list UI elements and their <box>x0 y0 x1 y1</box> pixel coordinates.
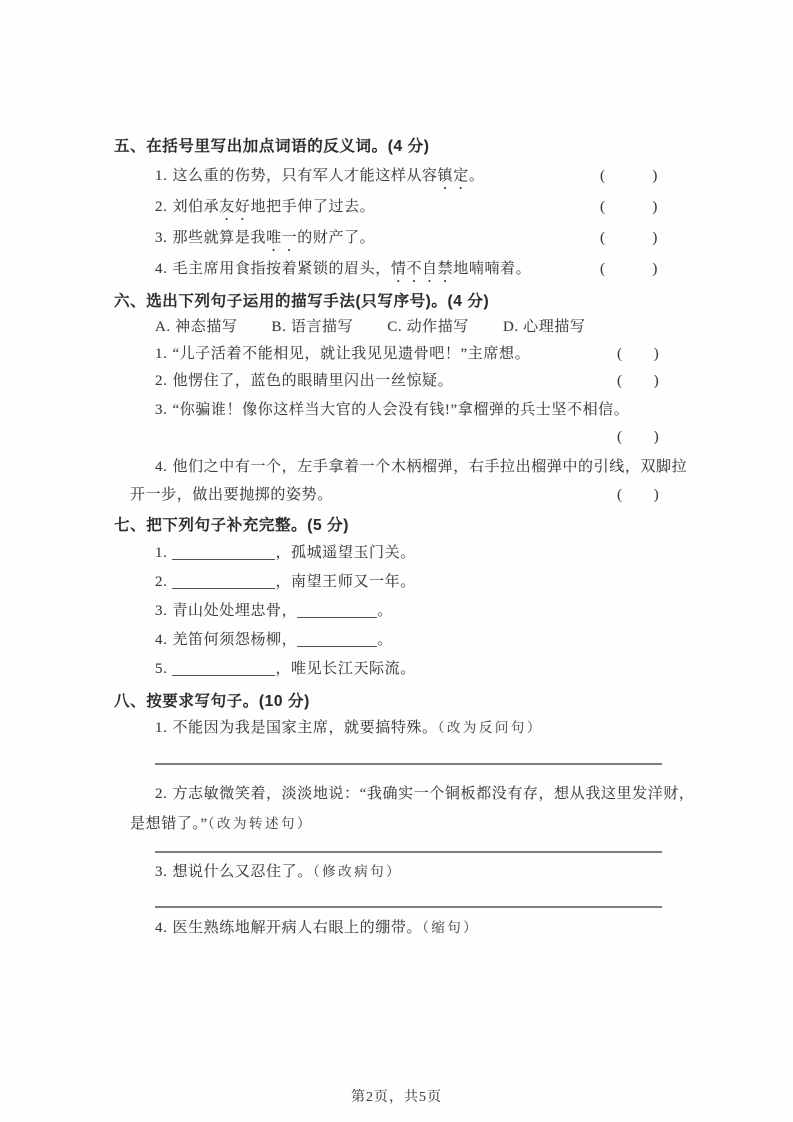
question-number: 4. <box>155 261 167 277</box>
question-text: 方志敏微笑着，淡淡地说：“我确实一个铜板都没有存，想从我这里发洋财， <box>172 786 694 802</box>
question-row-5-4: 4.毛主席用食指按着紧锁的眉头，情不自禁地喃喃着。 ( ) <box>114 255 737 286</box>
question-row-7-2: 2.，南望王师又一年。 <box>114 568 737 597</box>
question-number: 4. <box>155 632 167 648</box>
question-row-8-4: 4.医生熟练地解开病人右眼上的绷带。（缩句） <box>114 914 737 942</box>
text-post: 地把手伸了过去。 <box>250 199 375 215</box>
question-row-7-1: 1.，孤城遥望玉门关。 <box>114 539 737 568</box>
page-number: 第2页，共5页 <box>0 1086 793 1106</box>
question-row-5-2: 2.刘伯承友好地把手伸了过去。 ( ) <box>114 193 737 224</box>
text-pre: 刘伯承 <box>172 199 219 215</box>
answer-parentheses: ( ) <box>617 341 659 368</box>
question-text: 开一步，做出要抛掷的姿势。 <box>130 487 333 503</box>
text-pre: 羌笛何须怨杨柳， <box>172 632 297 648</box>
question-row-8-2-line2: 是想错了。”（改为转述句） <box>114 809 737 839</box>
section-8-rewrite-sentences: 八、按要求写句子。(10 分) 1.不能因为我是国家主席，就要搞特殊。（改为反问… <box>114 692 737 942</box>
question-row-5-1: 1.这么重的伤势，只有军人才能这样从容镇定。 ( ) <box>114 162 737 193</box>
option-list: A. 神态描写B. 语言描写C. 动作描写D. 心理描写 <box>114 314 737 341</box>
fill-in-blank <box>297 631 377 647</box>
rewrite-instruction: （改为转述句） <box>208 816 313 831</box>
question-row-7-4: 4.羌笛何须怨杨柳，。 <box>114 626 737 655</box>
question-row-7-3: 3.青山处处埋忠骨，。 <box>114 597 737 626</box>
text-pre: 那些就算是我 <box>172 230 266 246</box>
text-post: 。 <box>377 603 393 619</box>
question-text: 这么重的伤势，只有军人才能这样从容镇定。 <box>172 168 484 184</box>
answer-parentheses: ( ) <box>617 481 659 509</box>
question-text: 医生熟练地解开病人右眼上的绷带。 <box>172 920 422 936</box>
question-text: “儿子活着不能相见，就让我见见遗骨吧！”主席想。 <box>172 346 530 362</box>
question-number: 1. <box>155 545 167 561</box>
rewrite-instruction: （缩句） <box>422 920 479 935</box>
text-post: 。 <box>377 632 393 648</box>
exam-paper-page: 五、在括号里写出加点词语的反义词。(4 分) 1.这么重的伤势，只有军人才能这样… <box>0 0 793 1122</box>
text-post: ，唯见长江天际流。 <box>275 661 415 677</box>
question-row-6-4-line1: 4.他们之中有一个，左手拿着一个木柄榴弹，右手拉出榴弹中的引线，双脚拉 <box>114 453 737 481</box>
question-number: 3. <box>155 230 167 246</box>
question-row-6-2: 2.他愣住了，蓝色的眼睛里闪出一丝惊疑。 ( ) <box>114 368 737 395</box>
question-number: 3. <box>155 864 167 880</box>
question-number: 2. <box>155 574 167 590</box>
answer-parentheses: ( ) <box>600 255 658 284</box>
rewrite-instruction: （修改病句） <box>313 864 402 879</box>
fill-in-blank <box>297 602 377 618</box>
text-pre: 毛主席用食指按着紧锁的眉头， <box>172 261 390 277</box>
answer-parentheses: ( ) <box>600 224 658 253</box>
text-pre: 青山处处埋忠骨， <box>172 603 297 619</box>
section-5-antonyms: 五、在括号里写出加点词语的反义词。(4 分) 1.这么重的伤势，只有军人才能这样… <box>114 137 737 286</box>
fill-in-blank <box>172 544 275 560</box>
question-row-6-1: 1.“儿子活着不能相见，就让我见见遗骨吧！”主席想。 ( ) <box>114 341 737 368</box>
rewrite-instruction: （改为反问句） <box>438 720 543 735</box>
question-row-7-5: 5.，唯见长江天际流。 <box>114 655 737 684</box>
section-7-title: 七、把下列句子补充完整。(5 分) <box>114 516 737 536</box>
answer-writing-line <box>155 851 662 853</box>
question-number: 4. <box>155 459 167 475</box>
text-post: 。 <box>469 168 485 184</box>
question-text: 刘伯承友好地把手伸了过去。 <box>172 199 375 215</box>
question-row-8-1: 1.不能因为我是国家主席，就要搞特殊。（改为反问句） <box>114 714 737 742</box>
answer-parentheses: ( ) <box>617 368 659 395</box>
emphasized-word: 情不自禁 <box>391 261 453 277</box>
emphasized-word: 唯一 <box>266 230 297 246</box>
option-a: A. 神态描写 <box>155 319 238 335</box>
question-row-8-2-line1: 2.方志敏微笑着，淡淡地说：“我确实一个铜板都没有存，想从我这里发洋财， <box>114 779 737 809</box>
emphasized-word: 友好 <box>219 199 250 215</box>
option-c: C. 动作描写 <box>387 319 469 335</box>
question-number: 5. <box>155 661 167 677</box>
answer-parentheses: ( ) <box>600 162 658 191</box>
text-pre: 这么重的伤势，只有军人才能这样从容 <box>172 168 437 184</box>
text-post: ，孤城遥望玉门关。 <box>275 545 415 561</box>
question-number: 4. <box>155 920 167 936</box>
question-text: 那些就算是我唯一的财产了。 <box>172 230 375 246</box>
answer-writing-line <box>155 763 662 765</box>
section-6-description-methods: 六、选出下列句子运用的描写手法(只写序号)。(4 分) A. 神态描写B. 语言… <box>114 292 737 509</box>
question-text: 是想错了。” <box>130 816 208 832</box>
question-number: 3. <box>155 603 167 619</box>
question-text: 他愣住了，蓝色的眼睛里闪出一丝惊疑。 <box>172 373 453 389</box>
text-post: ，南望王师又一年。 <box>275 574 415 590</box>
answer-writing-line <box>155 906 662 908</box>
question-number: 2. <box>155 373 167 389</box>
question-row-6-3: 3.“你骗谁！像你这样当大官的人会没有钱!”拿榴弹的兵士坚不相信。 <box>114 395 737 425</box>
question-text: “你骗谁！像你这样当大官的人会没有钱!”拿榴弹的兵士坚不相信。 <box>172 402 629 418</box>
question-row-8-3: 3.想说什么又忍住了。（修改病句） <box>114 858 737 886</box>
question-row-6-4-line2: 开一步，做出要抛掷的姿势。 ( ) <box>114 481 737 509</box>
question-number: 1. <box>155 346 167 362</box>
section-8-title: 八、按要求写句子。(10 分) <box>114 692 737 712</box>
text-post: 的财产了。 <box>297 230 375 246</box>
answer-parentheses: ( ) <box>617 425 659 446</box>
question-row-5-3: 3.那些就算是我唯一的财产了。 ( ) <box>114 224 737 255</box>
question-number: 2. <box>155 786 167 802</box>
question-text: 毛主席用食指按着紧锁的眉头，情不自禁地喃喃着。 <box>172 261 531 277</box>
text-post: 地喃喃着。 <box>453 261 531 277</box>
question-text: 他们之中有一个，左手拿着一个木柄榴弹，右手拉出榴弹中的引线，双脚拉 <box>172 459 687 475</box>
answer-row-6-3: ( ) <box>114 425 737 453</box>
fill-in-blank <box>172 573 275 589</box>
question-text: 想说什么又忍住了。 <box>172 864 312 880</box>
section-5-title: 五、在括号里写出加点词语的反义词。(4 分) <box>114 137 737 157</box>
question-number: 2. <box>155 199 167 215</box>
section-6-title: 六、选出下列句子运用的描写手法(只写序号)。(4 分) <box>114 292 737 312</box>
option-b: B. 语言描写 <box>272 319 354 335</box>
answer-parentheses: ( ) <box>600 193 658 222</box>
question-number: 3. <box>155 402 167 418</box>
section-7-complete-sentences: 七、把下列句子补充完整。(5 分) 1.，孤城遥望玉门关。 2.，南望王师又一年… <box>114 516 737 684</box>
question-number: 1. <box>155 720 167 736</box>
fill-in-blank <box>172 660 275 676</box>
question-text: 不能因为我是国家主席，就要搞特殊。 <box>172 720 437 736</box>
question-number: 1. <box>155 168 167 184</box>
emphasized-word: 镇定 <box>438 168 469 184</box>
option-d: D. 心理描写 <box>503 319 586 335</box>
